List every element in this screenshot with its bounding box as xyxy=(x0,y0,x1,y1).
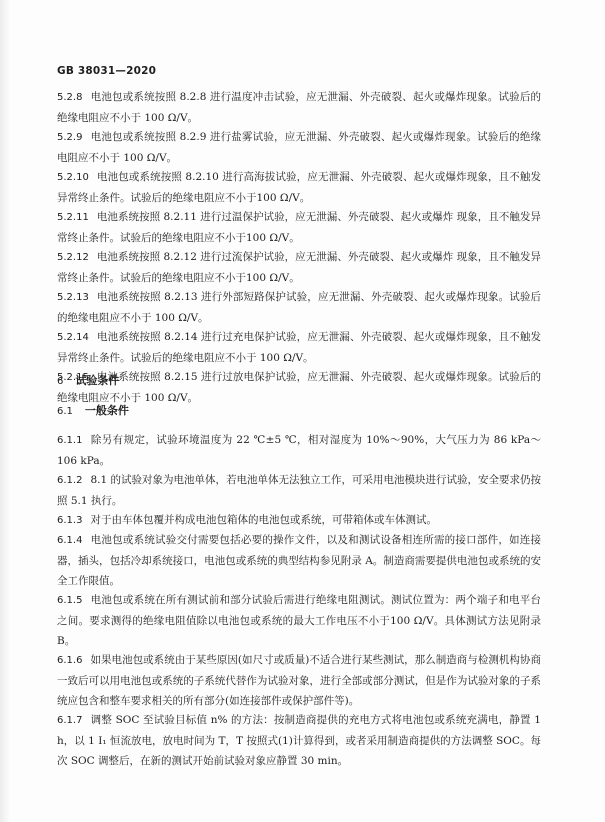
clause-6-1-6: 6.1.6如果电池包或系统由于某些原因(如尺寸或质量)不适合进行某些测试，那么制… xyxy=(57,650,541,711)
clause-6-1-3: 6.1.3对于由车体包覆并构成电池包箱体的电池包或系统，可带箱体或车体测试。 xyxy=(57,510,541,531)
clause-5-2-11: 5.2.11电池系统按照 8.2.11 进行过温保护试验，应无泄漏、外壳破裂、起… xyxy=(57,207,541,248)
clause-6-1-2: 6.1.28.1 的试验对象为电池单体，若电池单体无法独立工作，可采用电池模块进… xyxy=(57,470,541,511)
clause-6-1-1: 6.1.1除另有规定，试验环境温度为 22 ℃±5 ℃，相对湿度为 10%～90… xyxy=(57,430,541,471)
clause-5-2-12: 5.2.12电池系统按照 8.2.12 进行过流保护试验，应无泄漏、外壳破裂、起… xyxy=(57,247,541,288)
document-id-header: GB 38031—2020 xyxy=(57,65,156,77)
clause-6-1-7: 6.1.7调整 SOC 至试验目标值 n% 的方法：按制造商提供的充电方式将电池… xyxy=(57,710,541,771)
clause-6-1-4: 6.1.4电池包或系统试验交付需要包括必要的操作文件，以及和测试设备相连所需的接… xyxy=(57,530,541,591)
clause-5-2-9: 5.2.9电池包或系统按照 8.2.9 进行盐雾试验，应无泄漏、外壳破裂、起火或… xyxy=(57,127,541,168)
clause-5-2-13: 5.2.13电池系统按照 8.2.13 进行外部短路保护试验，应无泄漏、外壳破裂… xyxy=(57,287,541,328)
section-6-1-heading: 6.1一般条件 xyxy=(57,402,129,418)
clause-6-1-5: 6.1.5电池包或系统在所有测试前和部分试验后需进行绝缘电阻测试。测试位置为：两… xyxy=(57,590,541,651)
section-6-heading: 6试验条件 xyxy=(57,372,119,388)
page-edge-shadow xyxy=(0,0,10,822)
clause-5-2-14: 5.2.14电池系统按照 8.2.14 进行过充电保护试验，应无泄漏、外壳破裂、… xyxy=(57,327,541,368)
clause-5-2-10: 5.2.10电池包或系统按照 8.2.10 进行高海拔试验，应无泄漏、外壳破裂、… xyxy=(57,167,541,208)
clause-5-2-8: 5.2.8电池包或系统按照 8.2.8 进行温度冲击试验，应无泄漏、外壳破裂、起… xyxy=(57,87,541,128)
clause-5-2-15: 5.2.15电池系统按照 8.2.15 进行过放电保护试验，应无泄漏、外壳破裂、… xyxy=(57,367,541,408)
